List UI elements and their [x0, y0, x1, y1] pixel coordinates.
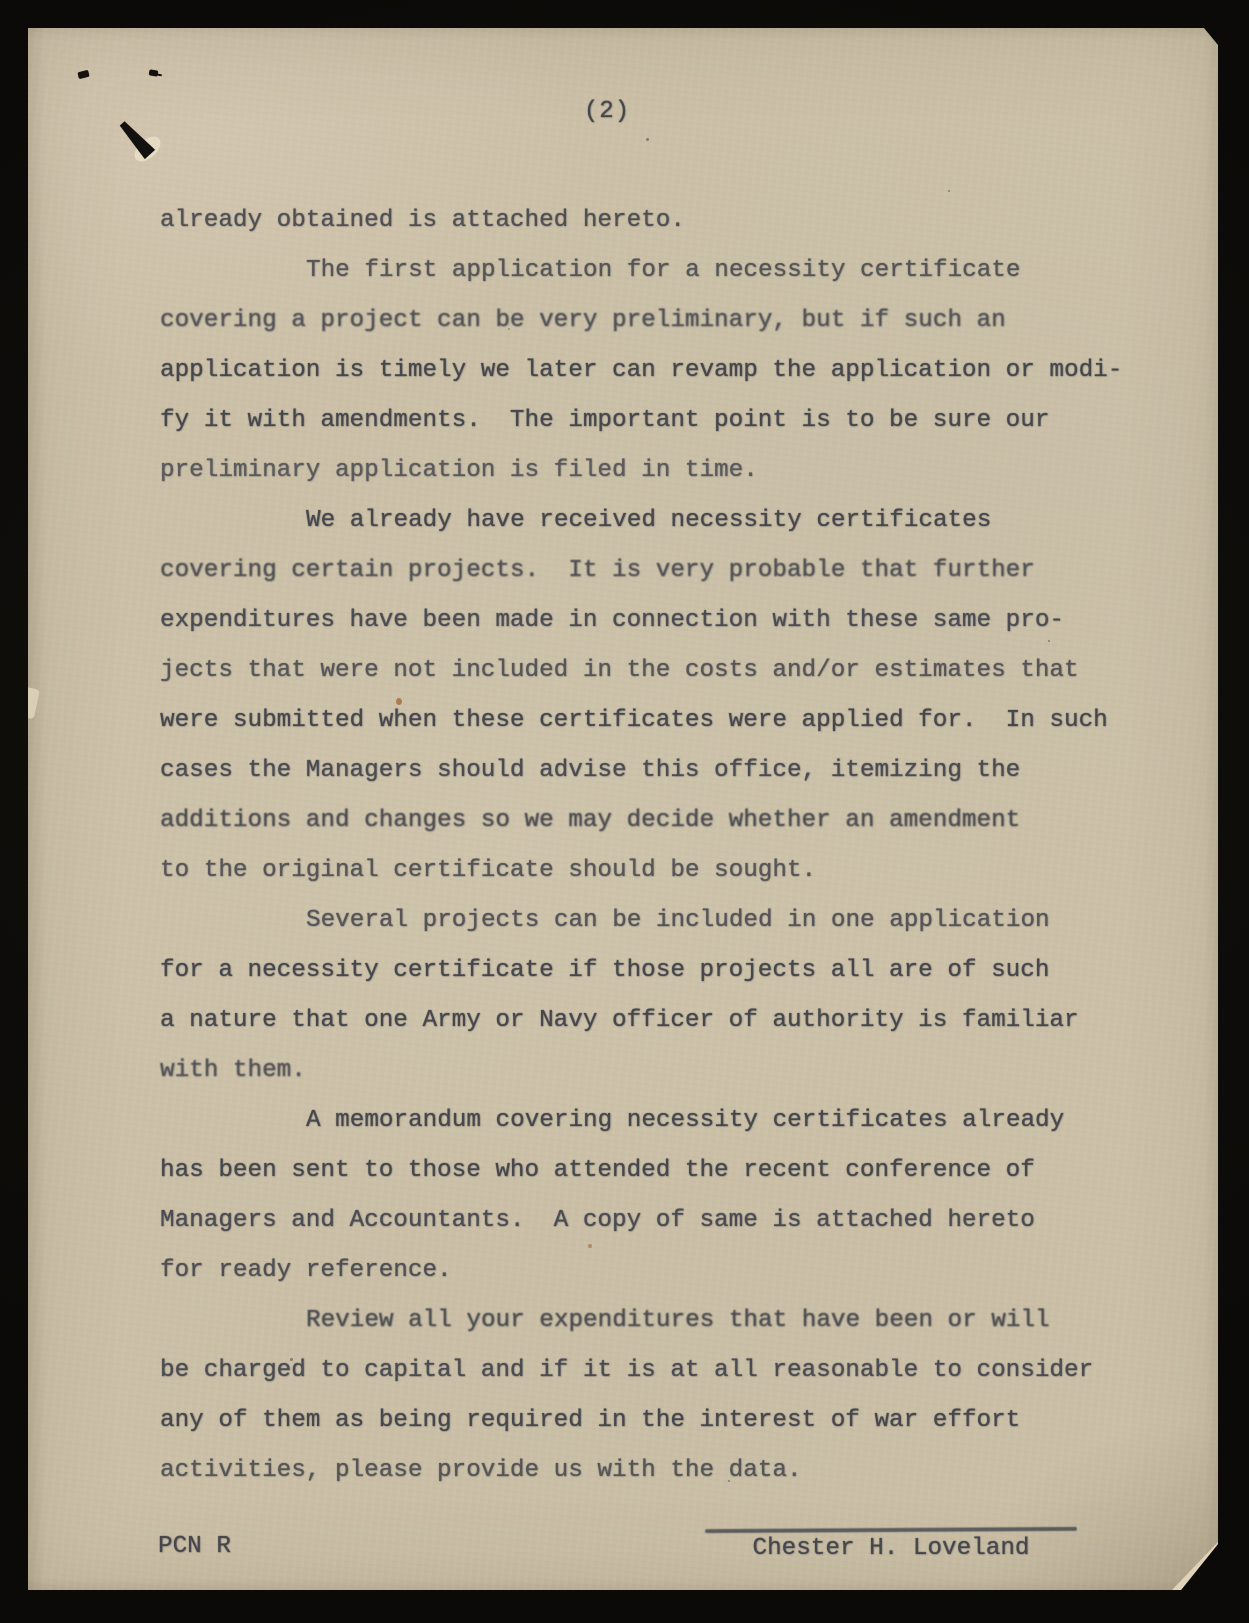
- letter-line: application is timely we later can revam…: [160, 346, 1190, 396]
- letter-line: Review all your expenditures that have b…: [160, 1296, 1190, 1346]
- letter-line: already obtained is attached hereto.: [160, 196, 1190, 246]
- corner-fold: [1170, 1540, 1220, 1590]
- letter-line: The first application for a necessity ce…: [160, 246, 1190, 296]
- letter-line: cases the Managers should advise this of…: [160, 746, 1190, 796]
- paper-edge-nick: [19, 687, 40, 719]
- letter-line: covering certain projects. It is very pr…: [160, 546, 1190, 596]
- signature-block: Chester H. Loveland: [705, 1528, 1077, 1563]
- letter-line: preliminary application is filed in time…: [160, 446, 1190, 496]
- letter-line: jects that were not included in the cost…: [160, 646, 1190, 696]
- page-number: (2): [12, 98, 1202, 125]
- letter-line: any of them as being required in the int…: [160, 1396, 1190, 1446]
- scan-background: { "page": { "number_label": "(2)" }, "le…: [0, 0, 1249, 1623]
- reference-initials: PCN R: [158, 1533, 231, 1561]
- letter-line: We already have received necessity certi…: [160, 496, 1190, 546]
- letter-line: for ready reference.: [160, 1246, 1190, 1296]
- letter-line: activities, please provide us with the d…: [160, 1446, 1190, 1496]
- letter-line: a nature that one Army or Navy officer o…: [160, 996, 1190, 1046]
- dust-speck: [948, 190, 950, 192]
- letter-line: expenditures have been made in connectio…: [160, 596, 1190, 646]
- staple-hole-mark: [77, 70, 89, 79]
- letter-line: A memorandum covering necessity certific…: [160, 1096, 1190, 1146]
- letter-line: with them.: [160, 1046, 1190, 1096]
- letter-line: to the original certificate should be so…: [160, 846, 1190, 896]
- letter-line: has been sent to those who attended the …: [160, 1146, 1190, 1196]
- letter-line: for a necessity certificate if those pro…: [160, 946, 1190, 996]
- letter-line: fy it with amendments. The important poi…: [160, 396, 1190, 446]
- letter-line: covering a project can be very prelimina…: [160, 296, 1190, 346]
- letter-line: be charged to capital and if it is at al…: [160, 1346, 1190, 1396]
- dust-speck: [646, 138, 649, 141]
- letter-line: Several projects can be included in one …: [160, 896, 1190, 946]
- letter-line: were submitted when these certificates w…: [160, 696, 1190, 746]
- staple-hole-mark: [149, 69, 159, 76]
- letter-body: already obtained is attached hereto.The …: [160, 196, 1190, 1496]
- document-page: (2) already obtained is attached hereto.…: [28, 28, 1218, 1590]
- letter-line: Managers and Accountants. A copy of same…: [160, 1196, 1190, 1246]
- signature-name: Chester H. Loveland: [705, 1535, 1077, 1563]
- letter-line: additions and changes so we may decide w…: [160, 796, 1190, 846]
- signature-line: [705, 1527, 1077, 1533]
